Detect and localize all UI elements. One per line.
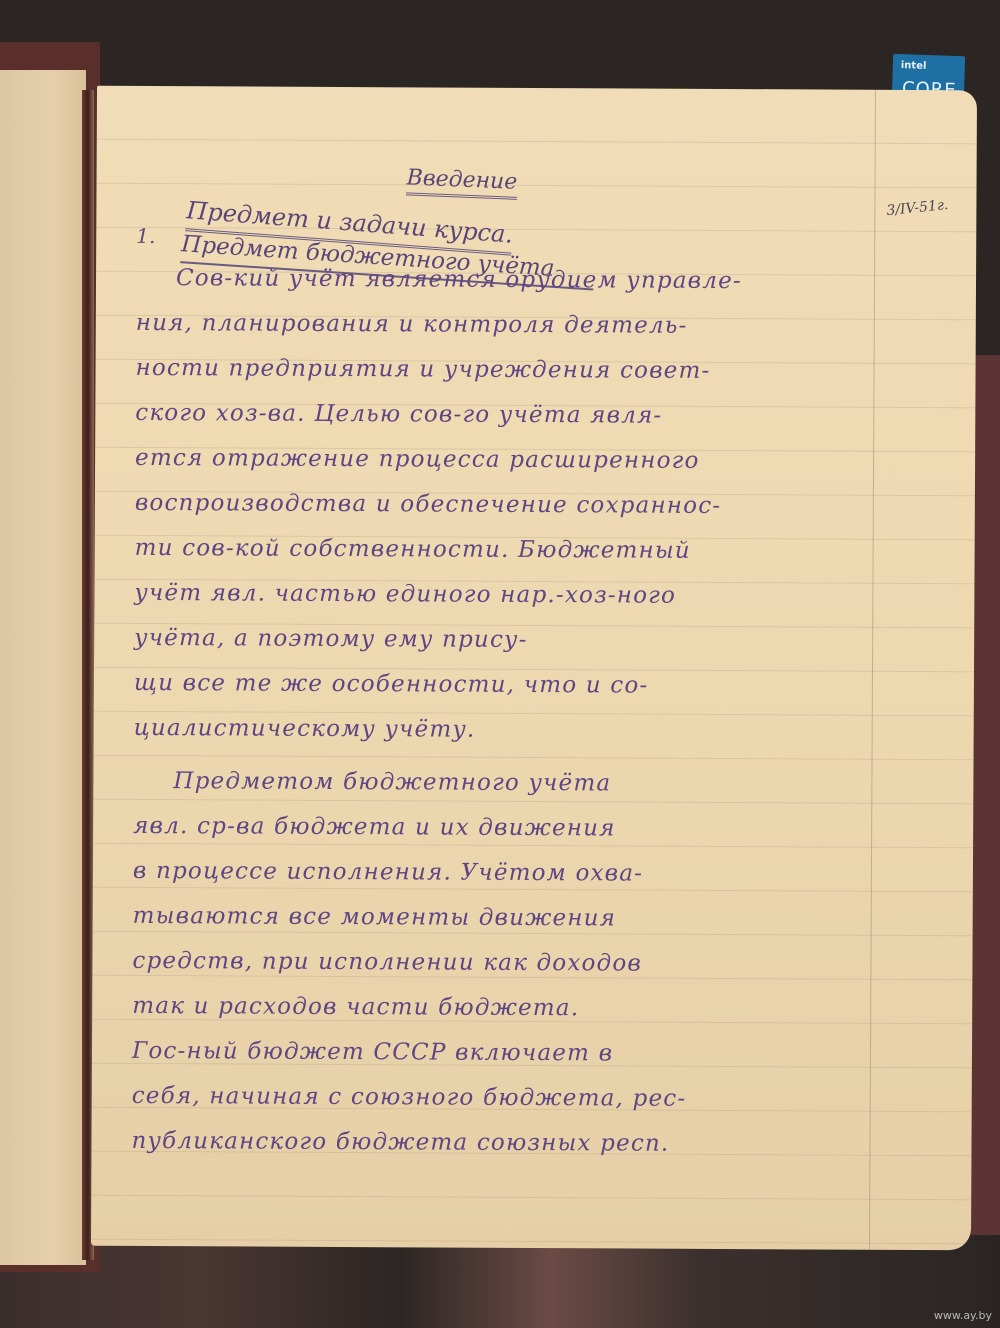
handwritten-body: Сов-кий учёт является орудием управле- н…: [131, 256, 876, 1168]
text-line: Предметом бюджетного учёта: [133, 759, 873, 808]
text-line: публиканского бюджета союзных респ.: [131, 1119, 871, 1168]
left-page: [0, 70, 86, 1265]
text-line: ется отражение процесса расширенного: [135, 436, 875, 485]
text-line: явл. ср-ва бюджета и их движения: [133, 804, 873, 853]
text-line: ского хоз-ва. Целью сов-го учёта явля-: [135, 391, 875, 440]
text-line: ния, планирования и контроля деятель-: [136, 301, 876, 350]
text-line: себя, начиная с союзного бюджета, рес-: [132, 1074, 872, 1123]
text-line: учёта, а поэтому ему прису-: [134, 616, 874, 665]
text-line: ти сов-кой собственности. Бюджетный: [135, 526, 875, 575]
text-line: Гос-ный бюджет СССР включает в: [132, 1029, 872, 1078]
text-line: циалистическому учёту.: [134, 706, 874, 755]
text-line: тываются все моменты движения: [133, 894, 873, 943]
text-line: воспроизводства и обеспечение сохраннос-: [135, 481, 875, 530]
text-line: в процессе исполнения. Учётом охва-: [133, 849, 873, 898]
text-line: так и расходов части бюджета.: [132, 984, 872, 1033]
text-line: Сов-кий учёт является орудием управле-: [136, 256, 876, 305]
text-line: щи все те же особенности, что и со-: [134, 661, 874, 710]
section-number: 1.: [136, 224, 155, 248]
text-line: средств, при исполнении как доходов: [132, 939, 872, 988]
text-line: ности предприятия и учреждения совет-: [135, 346, 875, 395]
text-line: учёт явл. частью единого нар.-хоз-ного: [134, 571, 874, 620]
sticker-brand: intel: [901, 60, 927, 72]
notebook-page: 3/IV-51г. Введение Предмет и задачи курс…: [91, 86, 977, 1251]
watermark: www.ay.by: [934, 1309, 992, 1322]
page-title: Введение: [406, 165, 518, 199]
